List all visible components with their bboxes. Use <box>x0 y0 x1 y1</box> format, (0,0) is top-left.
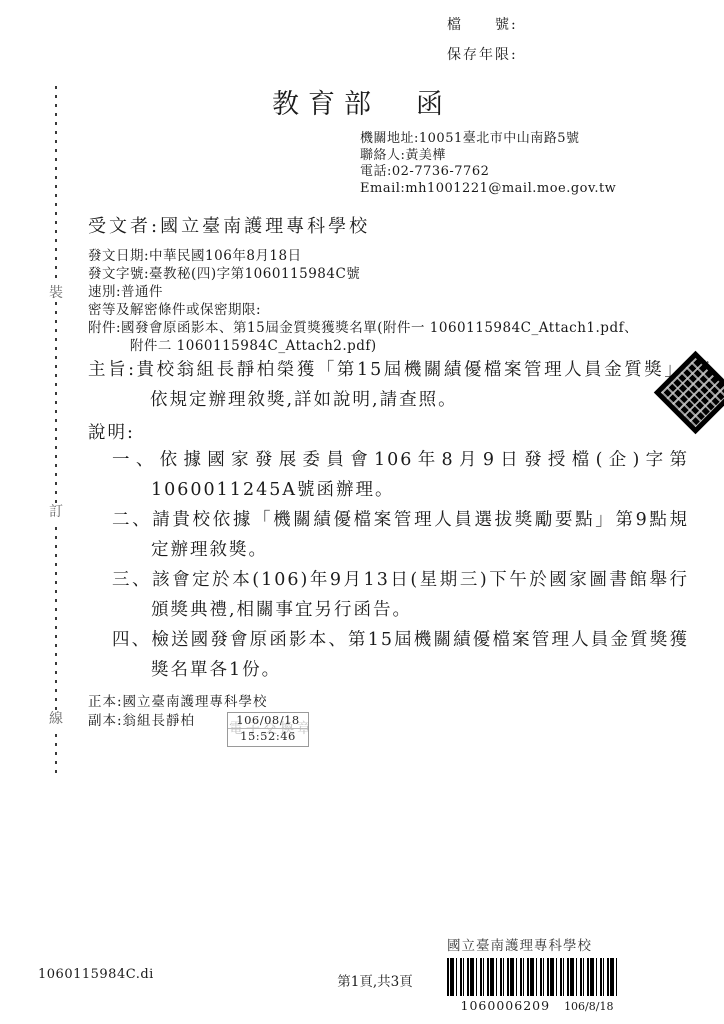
barcode-image <box>447 958 619 996</box>
issue-date-line: 發文日期:中華民國106年8月18日 <box>88 247 648 265</box>
recipient-line: 受文者:國立臺南護理專科學校 <box>88 212 370 238</box>
binding-mark-xian: 線 <box>47 710 65 728</box>
stamp-date: 106/08/18 <box>228 713 308 729</box>
item-number: 三、 <box>112 570 152 590</box>
subject-paragraph: 主旨:貴校翁組長靜柏榮獲「第15屆機關績優檔案管理人員金質獎」,請依規定辦理敘獎… <box>88 355 712 415</box>
item-number: 一、 <box>112 450 160 470</box>
contact-person: 聯絡人:黃美樺 <box>360 148 616 165</box>
binding-mark-zhuang: 裝 <box>47 284 65 302</box>
file-number-label: 檔 號: <box>447 14 518 34</box>
binding-dotted-line <box>55 86 57 774</box>
subject-label: 主旨: <box>88 360 136 380</box>
explanation-item: 二、請貴校依據「機關績優檔案管理人員選拔獎勵要點」第9點規定辦理敘獎。 <box>112 505 689 565</box>
doc-number-line: 發文字號:臺教秘(四)字第1060115984C號 <box>88 265 648 283</box>
original-copy-line: 正本:國立臺南護理專科學校 <box>88 693 268 712</box>
item-text: 檢送國發會原函影本、第15屆機關績優檔案管理人員金質獎獲獎名單各1份。 <box>151 630 689 680</box>
barcode-block: 國立臺南護理專科學校 1060006209 106/8/18 <box>447 934 627 1013</box>
speed-line: 速別:普通件 <box>88 283 648 301</box>
stamp-time: 15:52:46 <box>228 729 308 744</box>
barcode-meta: 1060006209 106/8/18 <box>447 998 627 1013</box>
official-letter-page: 檔 號: 保存年限: 教育部 函 機關地址:10051臺北市中山南路5號 聯絡人… <box>0 0 724 1024</box>
item-number: 四、 <box>112 630 151 650</box>
document-id: 1060115984C.di <box>38 967 154 982</box>
contact-block: 機關地址:10051臺北市中山南路5號 聯絡人:黃美樺 電話:02-7736-7… <box>360 131 616 197</box>
security-line: 密等及解密條件或保密期限: <box>88 301 648 319</box>
item-text: 請貴校依據「機關績優檔案管理人員選拔獎勵要點」第9點規定辦理敘獎。 <box>151 510 689 560</box>
subject-text: 貴校翁組長靜柏榮獲「第15屆機關績優檔案管理人員金質獎」,請依規定辦理敘獎,詳如… <box>136 360 712 410</box>
barcode-date: 106/8/18 <box>564 1000 613 1013</box>
item-text: 該會定於本(106)年9月13日(星期三)下午於國家圖書館舉行頒獎典禮,相關事宜… <box>151 570 689 620</box>
retention-period-label: 保存年限: <box>447 44 518 64</box>
barcode-number: 1060006209 <box>461 998 551 1013</box>
delivery-timestamp-stamp: 電子交換章 106/08/18 15:52:46 <box>227 712 309 747</box>
page-number-info: 第1頁,共3頁 <box>337 970 412 990</box>
document-title: 教育部 函 <box>272 82 452 121</box>
item-number: 二、 <box>112 510 152 530</box>
barcode-school-name: 國立臺南護理專科學校 <box>447 934 627 954</box>
contact-phone: 電話:02-7736-7762 <box>360 164 616 181</box>
explanation-item: 四、檢送國發會原函影本、第15屆機關績優檔案管理人員金質獎獲獎名單各1份。 <box>112 625 689 685</box>
explanation-item: 三、該會定於本(106)年9月13日(星期三)下午於國家圖書館舉行頒獎典禮,相關… <box>112 565 689 625</box>
agency-address: 機關地址:10051臺北市中山南路5號 <box>360 131 616 148</box>
meta-block: 發文日期:中華民國106年8月18日 發文字號:臺教秘(四)字第10601159… <box>88 247 648 355</box>
explanation-item: 一、依據國家發展委員會106年8月9日發授檔(企)字第1060011245A號函… <box>112 445 689 505</box>
explanation-label: 說明: <box>88 418 650 448</box>
attachment-line: 附件:國發會原函影本、第15屆金質獎獲獎名單(附件一 1060115984C_A… <box>88 319 648 355</box>
binding-mark-ding: 訂 <box>47 503 65 521</box>
contact-email: Email:mh1001221@mail.moe.gov.tw <box>360 181 616 198</box>
item-text: 依據國家發展委員會106年8月9日發授檔(企)字第1060011245A號函辦理… <box>151 450 689 500</box>
